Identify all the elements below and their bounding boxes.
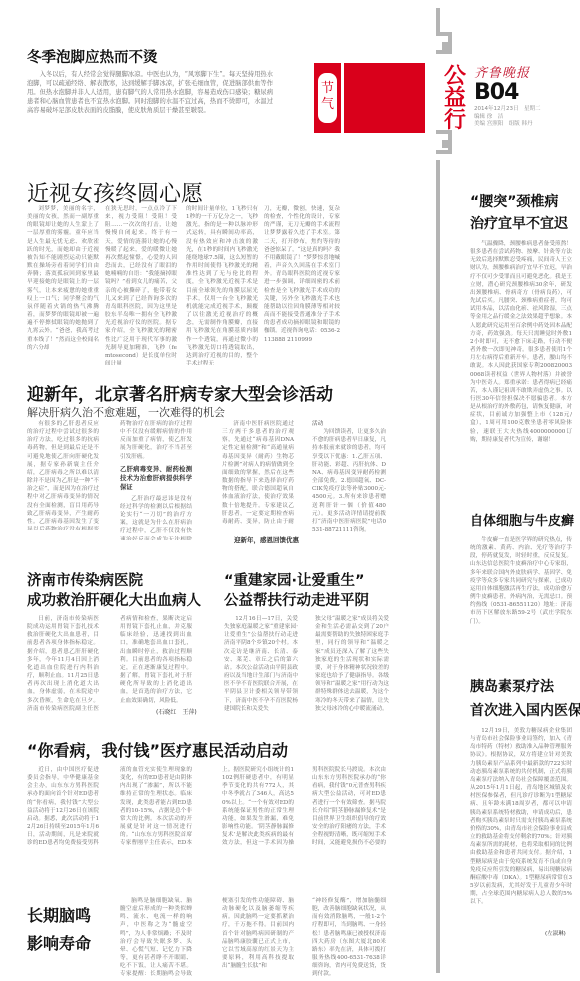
ornament-rule-vertical [436, 160, 440, 973]
ornament-fret-top-inner [442, 42, 448, 50]
design-line: 美编 宫照阳 组版 韩丹 [474, 121, 541, 129]
lumbar-title-line2: 治疗宜早不宜迟 [470, 213, 568, 235]
article-col-myopia-4: 刀，无瓣，微创，快速，复杂的检查，个性化的设计，专家的严谨，无刀无瓣的手术流程让… [264, 205, 340, 365]
date-line: 2014年12月23日 星期二 [474, 106, 541, 114]
article-title-liver: 迎新年，北京著名肝病专家大型会诊活动 [27, 380, 333, 405]
article-body-lumbar: 气温骤降，颈腰椎病患者备受煎熬！很多患者在尝试药物、按摩、针灸等方法无效后选择默… [470, 240, 572, 484]
article-col-liver-4: 活动 为回馈读者，让更多久治不愈的肝病患者早日康复，凡持本报前来就诊的患者，均可… [312, 420, 386, 550]
article-title-psoriasis: 自体细胞与牛皮癣 [470, 510, 574, 529]
article-col-tinnitus-2: 梗塞引发的性功能障碍、脑动脉硬化以及脑萎缩等疾病。因此脑鸣一定要抓紧治疗，千万拖… [222, 897, 294, 977]
article-col-liver-2: 药物治疗在肝病的治疗过程中不仅没有缓解病情的作用反而加重了病情，使乙肝发展为肝硬… [120, 420, 192, 540]
lumbar-title-line1: “腰突”颈椎病 [470, 191, 568, 213]
insulin-title-line1: 胰岛素泵疗法 [470, 675, 580, 699]
liver-activity-label: 活动 [312, 420, 386, 428]
article-col-medical-1: 近日，由中国医疗促进委员会指导，中华健康基金会主办，山东东方男科医院承办的面向首… [27, 766, 99, 846]
article-col-liver-3: 济南中医肝病医院通过三方两千多患者的治疗观察，先通过“病毒基因DNA定性定量检测… [222, 420, 294, 525]
article-title-insulin-pump: 胰岛素泵疗法 首次进入国内医保 [470, 675, 580, 723]
rebuild-title-line1: “重建家园·让爱重生” [224, 571, 369, 591]
liver-end-heading: 迎新年，感恩回馈优惠 [234, 535, 299, 544]
article-col-tinnitus-1: 脑鸣是脑细胞缺氧、脑髓空虚后形成的一种类似蝉鸣、流水、电流一样的响声，中医称之为… [120, 897, 192, 977]
article-body-winter-foot: 入冬以后，有人经常会觉得腿脚冰凉。中医也认为，“风寒脚下生”。每天坚持用热水泡脚… [27, 70, 273, 144]
article-col-jinan-2: 者病情和检查，果断决定启用胃镜下套扎止血，并克服临床经验，迅速找到出血口，准确地… [120, 615, 192, 705]
newspaper-page: 节气 公益行 齐鲁晚报 B04 2014年12月23日 星期二 编辑 徐 洁 美… [0, 0, 580, 981]
article-subtitle-liver: 解决肝病久治不愈难题，一次难得的机会 [27, 404, 225, 420]
article-title-tinnitus: 长期脑鸣 影响寿命 [27, 902, 91, 958]
article-col-myopia-2: 在狭无思时，一点点冷了下来，视力受阻！受阻！受阻……一次次的打击，让她慢慢自闭起… [105, 205, 177, 365]
article-col-tinnitus-3: “神经修复酶”，增加脑髓细胞，改善脑细胞缺氧状况，从而有效消除脑鸣，一般1-2个… [312, 897, 386, 977]
article-col-rebuild-1: 12月16日—17日，关爱失独家庭温暖之家“重建家园·让爱重生”公益帮扶行动走进… [224, 615, 298, 715]
liver-col2-para1: 药物治疗在肝病的治疗过程中不仅没有缓解病情的作用反而加重了病情，使乙肝发展为肝硬… [120, 420, 192, 461]
section-tag-badge: 节气 [314, 63, 341, 133]
tinnitus-title-line1: 长期脑鸣 [27, 902, 91, 930]
section-tag-label: 节气 [318, 73, 337, 123]
article-title-medical-benefit: “你看病，我付钱”医疗惠民活动启动 [27, 738, 288, 761]
rebuild-title-line2: 公益帮扶行动走进平阴 [224, 591, 369, 611]
article-title-jinan-hospital: 济南市传染病医院 成功救治肝硬化大出血病人 [27, 571, 201, 611]
liver-col2-para2: 乙肝治疗最忌讳是没有经过科学的检测以后根据结论实行“一刀切”的治疗方案，这就是为… [120, 495, 192, 540]
jinan-title-line2: 成功救治肝硬化大出血病人 [27, 591, 201, 611]
section-tag-jieqi: 节气 [314, 63, 425, 133]
article-col-rebuild-2: 独父母“温暖之家”成员将关爱金和生活必需品交到了20户最需要帮助的失独特困家庭手… [315, 615, 389, 715]
section-tag-red-block [344, 63, 425, 133]
article-title-lumbar: “腰突”颈椎病 治疗宜早不宜迟 [470, 191, 568, 235]
paper-logo: 齐鲁晚报 [474, 62, 530, 81]
article-body-insulin-pump: 12月19日，美敦力糖尿病企业集团与青岛市社会保险事业局签约，加入《青岛市特药（… [470, 727, 572, 933]
article-col-myopia-3: 的时间计量单位，1飞秒只有1秒的一千万亿分之一，飞秒激光，指的是一种以脉冲形式运… [186, 205, 258, 365]
tinnitus-title-line2: 影响寿命 [27, 930, 91, 958]
article-title-rebuild-home: “重建家园·让爱重生” 公益帮扶行动走进平阴 [224, 571, 369, 611]
editor-line: 编辑 徐 洁 [474, 114, 541, 122]
liver-col4-body: 为回馈读者，让更多久治不愈的肝病患者早日康复，凡持本报前来就诊的患者，均可享受以… [312, 428, 386, 534]
article-title-myopia: 近视女孩终圆心愿 [27, 177, 203, 208]
article-title-winter-foot: 冬季泡脚应热而不烫 [27, 46, 158, 67]
ornament-fret-bottom-inner [442, 140, 448, 148]
article-col-medical-4: 男科医院院长马渡说。本次由山东东方男科医院承办的“你看病，我付钱”0元普查男科疾… [312, 766, 386, 846]
article-col-jinan-1: 日前，济南市传染病医院成功运用胃镜下套扎技术救治肝硬化大出血患者，目前患者各项身… [27, 615, 99, 711]
edition-meta: 2014年12月23日 星期二 编辑 徐 洁 美编 宫照阳 组版 韩丹 [474, 106, 541, 129]
edition-number: B04 [474, 80, 518, 105]
jinan-title-line1: 济南市传染病医院 [27, 571, 201, 591]
article-col-myopia-1: 刘梦梦，美丽的名字，美丽的女孩，然而一副厚重的眼镜却让她的人生蒙上了一层厚重的雾… [27, 205, 99, 365]
article-col-medical-3: 上。据医院研究小组统计的1102例肝硬患者中，有明显季节变化的共有772人，其中… [222, 766, 294, 846]
article-col-medical-2: 液的血管充实使生理现象的变化，有的ED患者是由阴体内出现了“渗漏”，所以不能维持… [120, 766, 192, 846]
insulin-byline: (左淑琳) [545, 929, 566, 937]
liver-subheading: 乙肝病毒变异、耐药检测技术为治愈肝病提供科学保证 [120, 465, 192, 492]
jinan-byline: (石晓红 王萍) [156, 707, 197, 716]
article-body-psoriasis: 牛皮癣一直是医学界的研究热点，传统的激素、黄药、内治、光疗等治疗手段，停药就复发… [470, 536, 572, 632]
article-col-liver-1: 有很多的乙肝患者反应的治疗过程中尝试过很多的治疗方法，吃过很多的抗病毒药物，但是… [27, 420, 99, 530]
section-name: 公益行 [443, 66, 467, 132]
insulin-title-line2: 首次进入国内医保 [470, 699, 580, 723]
